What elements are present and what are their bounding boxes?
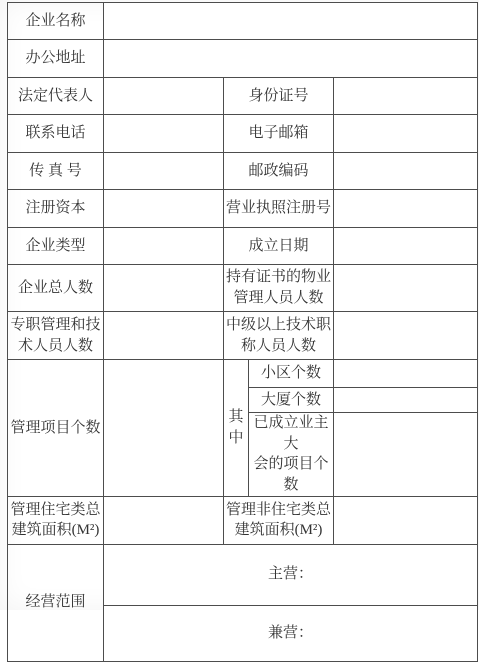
establishment-date-label: 成立日期 — [224, 228, 334, 265]
row-legal-representative: 法定代表人 身份证号 — [8, 78, 478, 115]
row-contact-phone: 联系电话 电子邮箱 — [8, 115, 478, 153]
business-license-no-label: 营业执照注册号 — [224, 190, 334, 228]
buildings-value — [334, 388, 478, 413]
row-enterprise-type: 企业类型 成立日期 — [8, 228, 478, 265]
certified-pm-staff-value — [334, 265, 478, 312]
fulltime-mgmt-tech-staff-value — [104, 312, 224, 360]
registered-capital-value — [104, 190, 224, 228]
establishment-date-value — [334, 228, 478, 265]
legal-representative-value — [104, 78, 224, 115]
contact-phone-label: 联系电话 — [8, 115, 104, 153]
residential-complexes-label: 小区个数 — [249, 360, 334, 388]
mid-title-tech-staff-value — [334, 312, 478, 360]
enterprise-type-label: 企业类型 — [8, 228, 104, 265]
main-business-cell: 主营： — [104, 544, 478, 605]
mid-title-tech-staff-label: 中级以上技术职 称人员人数 — [224, 312, 334, 360]
office-address-value — [104, 40, 478, 78]
among-which-label: 其 中 — [224, 360, 249, 497]
enterprise-type-value — [104, 228, 224, 265]
certified-pm-staff-label: 持有证书的物业 管理人员人数 — [224, 265, 334, 312]
row-fax-number: 传 真 号 邮政编码 — [8, 153, 478, 190]
contact-phone-value — [104, 115, 224, 153]
total-staff-value — [104, 265, 224, 312]
company-name-value — [104, 3, 478, 40]
id-number-label: 身份证号 — [224, 78, 334, 115]
company-info-form-table: 企业名称 办公地址 法定代表人 身份证号 联系电话 电子邮箱 传 真 号 邮政编… — [7, 2, 478, 662]
row-office-address: 办公地址 — [8, 40, 478, 78]
fax-number-label: 传 真 号 — [8, 153, 104, 190]
total-staff-label: 企业总人数 — [8, 265, 104, 312]
non-residential-gfa-label: 管理非住宅类总 建筑面积(M²) — [224, 496, 334, 544]
owners-assembly-projects-label: 已成立业主大 会的项目个数 — [249, 413, 334, 497]
fulltime-mgmt-tech-staff-label: 专职管理和技 术人员人数 — [8, 312, 104, 360]
managed-projects-value — [104, 360, 224, 497]
email-label: 电子邮箱 — [224, 115, 334, 153]
non-residential-gfa-value — [334, 496, 478, 544]
owners-assembly-projects-value — [334, 413, 478, 497]
legal-representative-label: 法定代表人 — [8, 78, 104, 115]
row-managed-projects: 管理项目个数 其 中 小区个数 — [8, 360, 478, 388]
business-scope-label: 经营范围 — [8, 544, 104, 661]
registered-capital-label: 注册资本 — [8, 190, 104, 228]
row-company-name: 企业名称 — [8, 3, 478, 40]
residential-gfa-label: 管理住宅类总 建筑面积(M²) — [8, 496, 104, 544]
scanned-form-page: 企业名称 办公地址 法定代表人 身份证号 联系电话 电子邮箱 传 真 号 邮政编… — [0, 0, 479, 610]
id-number-value — [334, 78, 478, 115]
buildings-label: 大厦个数 — [249, 388, 334, 413]
office-address-label: 办公地址 — [8, 40, 104, 78]
managed-projects-label: 管理项目个数 — [8, 360, 104, 497]
row-fulltime-mgmt-tech-staff: 专职管理和技 术人员人数 中级以上技术职 称人员人数 — [8, 312, 478, 360]
fax-number-value — [104, 153, 224, 190]
row-total-staff: 企业总人数 持有证书的物业 管理人员人数 — [8, 265, 478, 312]
row-main-business: 经营范围 主营： — [8, 544, 478, 605]
row-gfa: 管理住宅类总 建筑面积(M²) 管理非住宅类总 建筑面积(M²) — [8, 496, 478, 544]
postal-code-label: 邮政编码 — [224, 153, 334, 190]
postal-code-value — [334, 153, 478, 190]
row-registered-capital: 注册资本 营业执照注册号 — [8, 190, 478, 228]
email-value — [334, 115, 478, 153]
business-license-no-value — [334, 190, 478, 228]
company-name-label: 企业名称 — [8, 3, 104, 40]
side-business-cell: 兼营： — [104, 605, 478, 661]
residential-gfa-value — [104, 496, 224, 544]
residential-complexes-value — [334, 360, 478, 388]
